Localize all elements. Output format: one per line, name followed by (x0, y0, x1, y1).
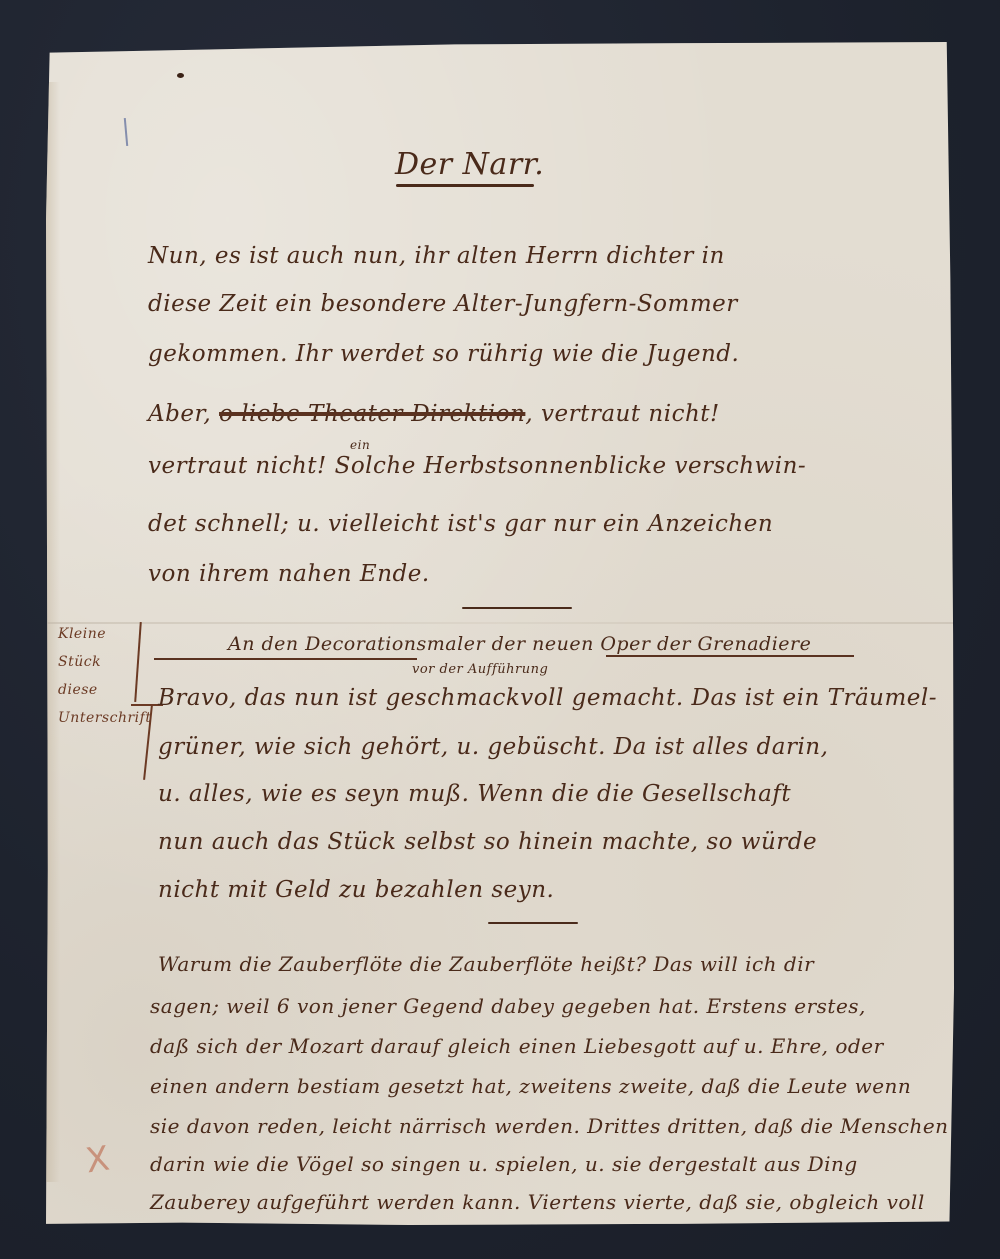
section-divider-2 (488, 922, 578, 924)
text-prefix: Aber, (148, 401, 219, 427)
heading-underline-1 (154, 658, 417, 660)
section1-line-5: vertraut nicht! Solche Herbstsonnenblick… (148, 452, 806, 480)
section3-line-3: daß sich der Mozart darauf gleich einen … (150, 1032, 884, 1060)
section2-line-3: u. alles, wie es seyn muß. Wenn die die … (158, 780, 791, 808)
section2-line-4: nun auch das Stück selbst so hinein mach… (158, 828, 817, 856)
margin-line-4: Unterschrift (58, 710, 151, 726)
section3-line-7: Zauberey aufgeführt werden kann. Vierten… (150, 1188, 925, 1216)
section1-line-1: Nun, es ist auch nun, ihr alten Herrn di… (148, 242, 725, 270)
section1-line-2: diese Zeit ein besondere Alter-Jungfern-… (148, 290, 738, 318)
margin-line-3: diese (58, 682, 98, 698)
section2-line-1: Bravo, das nun ist geschmackvoll gemacht… (158, 684, 937, 712)
section2-line-2: grüner, wie sich gehört, u. gebüscht. Da… (158, 733, 828, 761)
section1-line-3: gekommen. Ihr werdet so rührig wie die J… (148, 340, 739, 368)
page-title: Der Narr. (395, 147, 544, 183)
text-suffix: , vertraut nicht! (525, 401, 719, 427)
section3-line-1: Warum die Zauberflöte die Zauberflöte he… (158, 950, 814, 978)
margin-line-1: Kleine (58, 626, 106, 642)
margin-line-2: Stück (58, 654, 101, 670)
section3-line-2: sagen; weil 6 von jener Gegend dabey geg… (150, 992, 866, 1020)
section1-line-6: det schnell; u. vielleicht ist's gar nur… (148, 510, 773, 538)
struck-text: o liebe Theater-Direktion (219, 401, 525, 427)
insertion-ein: ein (350, 438, 370, 452)
section-divider-1 (462, 607, 572, 609)
margin-note: Kleine Stück diese Unterschrift (58, 620, 138, 732)
section3-line-6: darin wie die Vögel so singen u. spielen… (150, 1150, 858, 1178)
section1-line-4: Aber, o liebe Theater-Direktion, vertrau… (148, 400, 720, 428)
section1-line-7: von ihrem nahen Ende. (148, 560, 430, 588)
section2-line-5: nicht mit Geld zu bezahlen seyn. (158, 876, 554, 904)
section3-line-5: sie davon reden, leicht närrisch werden.… (150, 1112, 949, 1140)
ink-blot (177, 73, 184, 78)
title-underline (396, 184, 534, 187)
section3-line-4: einen andern bestiam gesetzt hat, zweite… (150, 1072, 911, 1100)
insertion-vor-der-auffuehrung: vor der Aufführung (412, 663, 548, 677)
section2-heading: An den Decorationsmaler der neuen Oper d… (228, 632, 811, 656)
heading-underline-2 (606, 655, 854, 657)
